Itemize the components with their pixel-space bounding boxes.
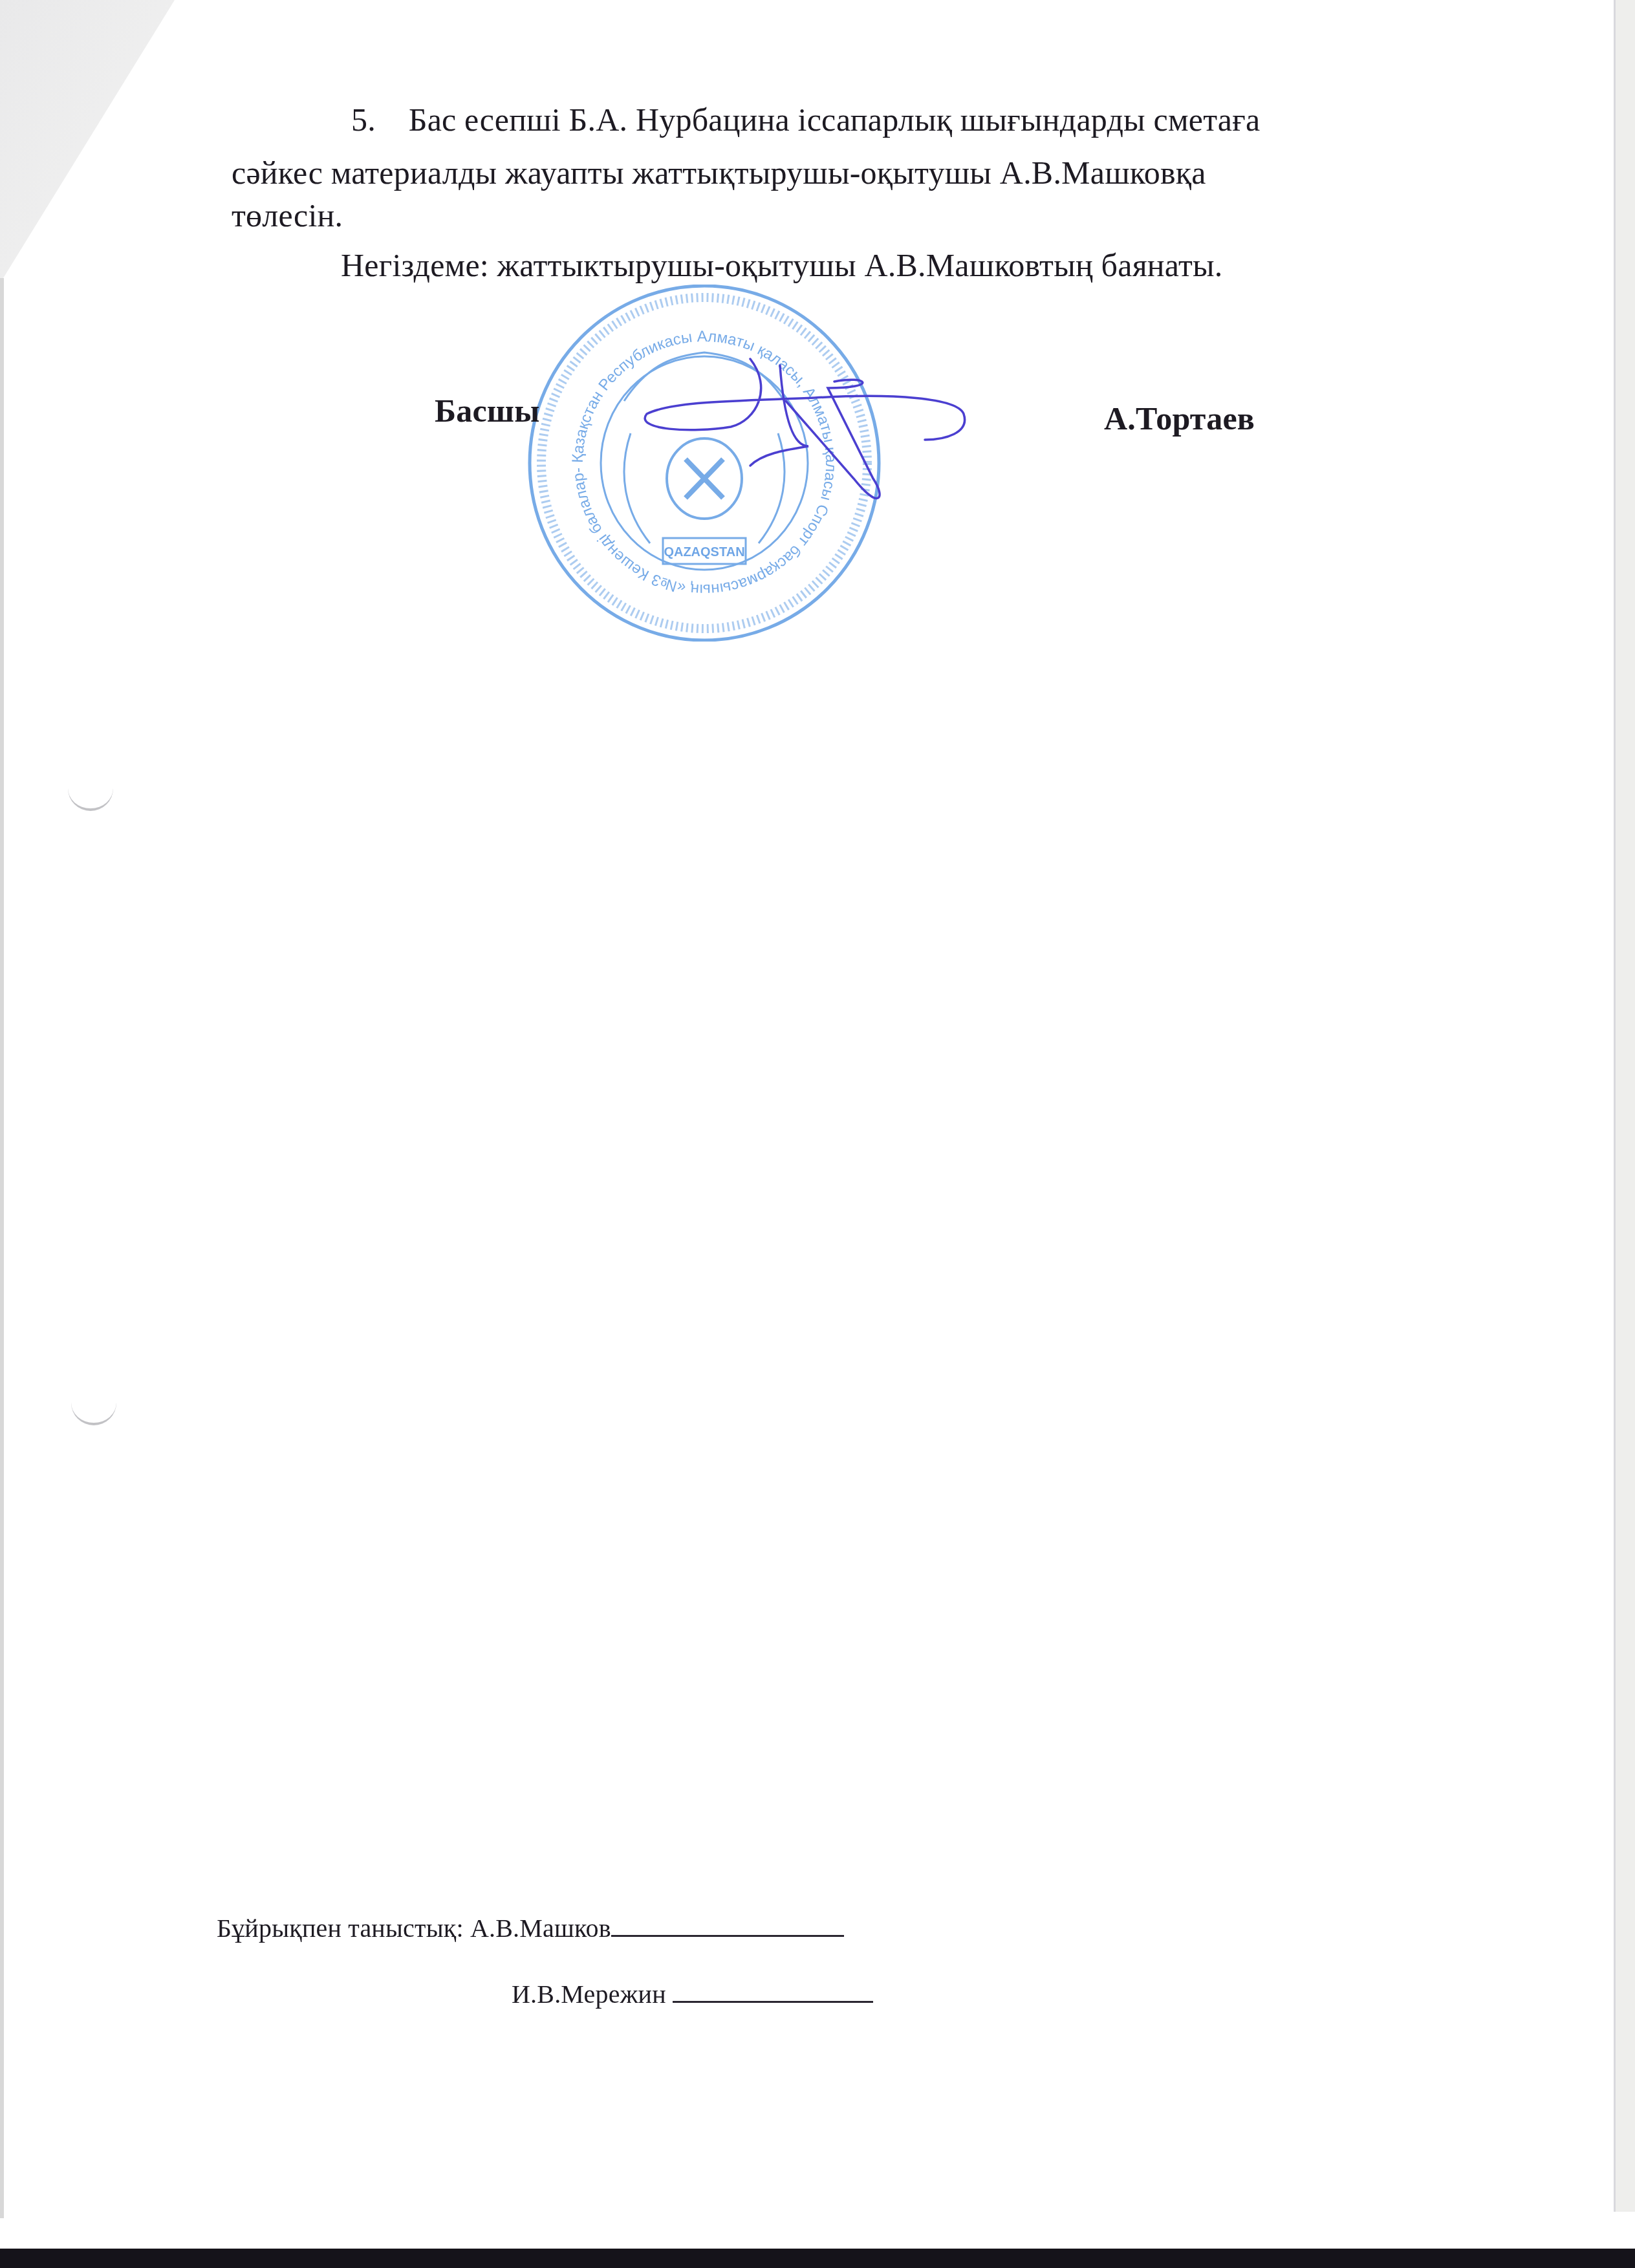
order-item-5-line-1: 5. Бас есепші Б.А. Нурбацина іссапарлық …	[351, 103, 1260, 136]
order-item-5-line-2: сәйкес материалды жауапты жаттықтырушы-о…	[232, 157, 1206, 189]
signature-blank	[611, 1935, 844, 1937]
punch-hole-icon	[71, 1397, 116, 1425]
signatory-name: А.Тортаев	[1104, 402, 1255, 435]
acknowledgment-line-2: И.В.Мережин	[512, 1982, 873, 2007]
stamp-emblem-text: QAZAQSTAN	[664, 545, 744, 559]
signatory-title: Басшы	[435, 394, 540, 427]
scan-right-edge	[1614, 0, 1635, 2212]
signature-blank	[673, 2001, 873, 2003]
handwritten-signature-icon	[621, 336, 1009, 524]
scan-folded-corner	[0, 0, 194, 285]
item-number: 5.	[351, 102, 376, 138]
order-item-5-line-3: төлесін.	[232, 199, 343, 232]
item-text: Бас есепші Б.А. Нурбацина іссапарлық шығ…	[409, 102, 1261, 138]
order-basis: Негіздеме: жаттыктырушы-оқытушы А.В.Машк…	[341, 249, 1222, 281]
acknowledged-person: И.В.Мережин	[512, 1980, 666, 2009]
scan-left-edge	[0, 278, 4, 2218]
punch-hole-icon	[68, 783, 113, 811]
acknowledged-person: А.В.Машков	[470, 1914, 611, 1943]
acknowledged-label: Бұйрықпен таныстық:	[217, 1914, 464, 1943]
acknowledgment-line-1: Бұйрықпен таныстық: А.В.Машков	[217, 1916, 844, 1941]
scan-bottom-border	[0, 2249, 1635, 2268]
